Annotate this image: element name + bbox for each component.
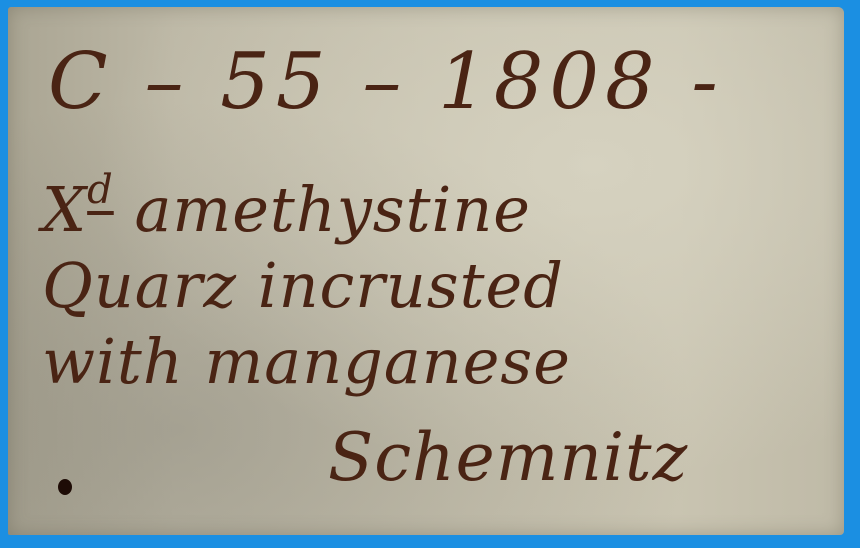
catalog-number-line: C – 55 – 1808 - — [48, 37, 724, 127]
locality-line: Schemnitz — [328, 419, 688, 496]
description-line-3: with manganese — [42, 325, 571, 398]
description-line-2: Quarz incrusted — [42, 249, 564, 322]
description-word: amethystine — [114, 173, 531, 246]
description-line-1: Xd amethystine — [42, 167, 531, 246]
specimen-label-paper: C – 55 – 1808 - Xd amethystine Quarz inc… — [8, 7, 844, 535]
crystallized-abbrev: X — [42, 173, 87, 246]
crystallized-abbrev-superscript: d — [87, 167, 114, 213]
ink-dot-mark — [58, 479, 72, 495]
